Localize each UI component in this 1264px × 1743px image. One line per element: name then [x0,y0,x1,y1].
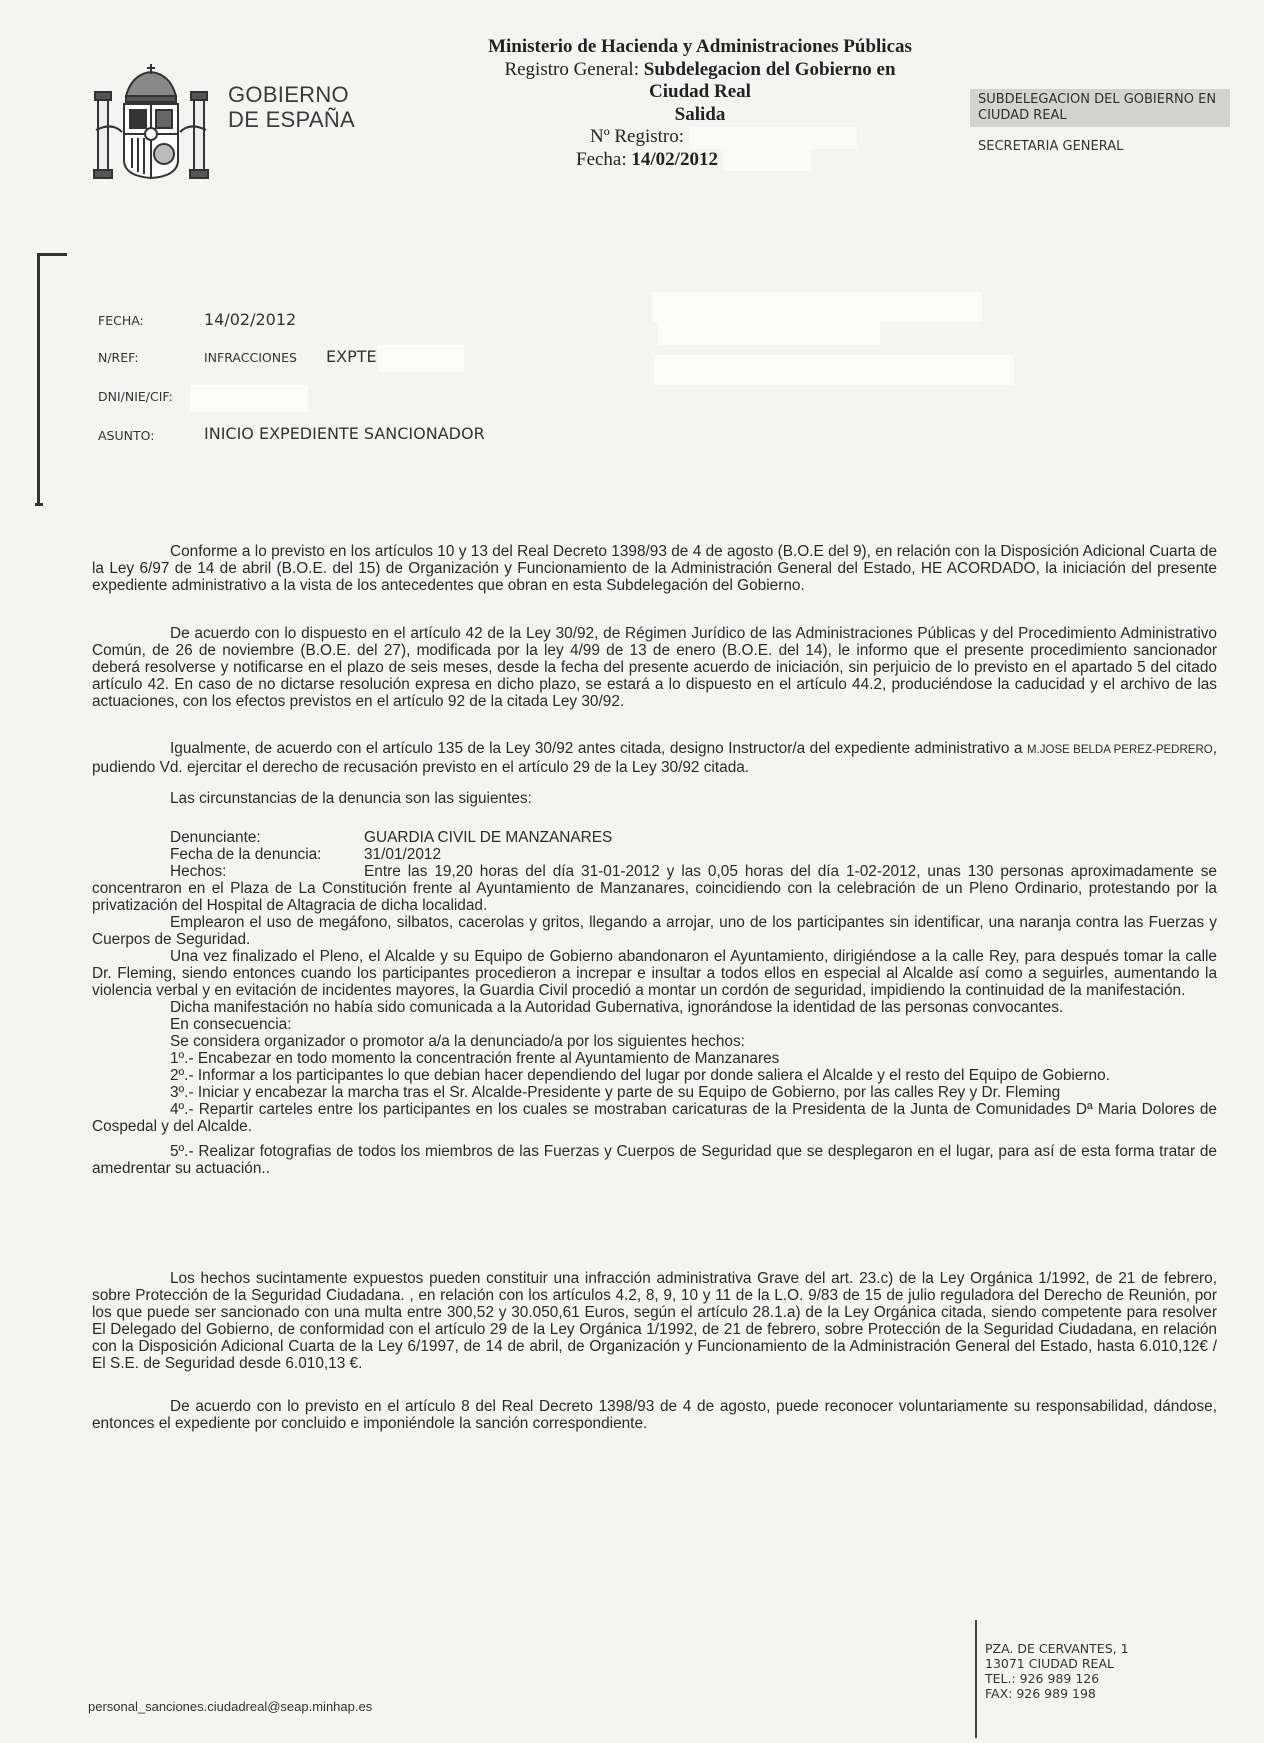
redacted-registry-number [689,127,857,149]
redacted-recipient-city [654,355,1014,385]
paragraph-deadline: De acuerdo con lo dispuesto en el artícu… [92,625,1217,710]
paragraph-circumstances: Las circunstancias de la denuncia son la… [92,790,1217,807]
registry-date-label: Fecha: [576,149,627,170]
organizer-statement: Se considera organizador o promotor a/a … [92,1033,1217,1050]
facts-paragraph: Dicha manifestación no había sido comuni… [92,999,1217,1016]
registry-date: 14/02/2012 [631,149,718,170]
instructor-name: M.JOSE BELDA PEREZ-PEDRERO [1027,744,1213,756]
denunciante-value: GUARDIA CIVIL DE MANZANARES [364,829,612,846]
contact-email[interactable]: personal_sanciones.ciudadreal@seap.minha… [88,1699,372,1714]
registry-office-city: Ciudad Real [649,81,751,102]
facts-text: Entre las 19,20 horas del día 31-01-2012… [92,863,1217,1177]
ministry-name: Ministerio de Hacienda y Administracione… [488,36,912,57]
phone-number: TEL.: 926 989 126 [985,1671,1129,1686]
fact-item: 5º.- Realizar fotografias de todos los m… [92,1143,1217,1177]
facts-paragraph: Entre las 19,20 horas del día 31-01-2012… [92,863,1217,914]
facts-paragraph: Una vez finalizado el Pleno, el Alcalde … [92,948,1217,999]
redacted-registry-time [723,149,811,171]
expte-label: EXPTE. [326,347,382,366]
redacted-dni [190,385,308,412]
fact-item: 1º.- Encabezar en todo momento la concen… [92,1050,1217,1067]
paragraph-instructor: Igualmente, de acuerdo con el artículo 1… [92,740,1217,776]
redacted-recipient-name [652,292,982,322]
registry-block: Ministerio de Hacienda y Administracione… [440,36,960,171]
address-line2: 13071 CIUDAD REAL [985,1656,1129,1671]
office-stamp-text: SUBDELEGACION DEL GOBIERNO EN CIUDAD REA… [978,92,1216,124]
denunciante-label: Denunciante: [92,829,364,846]
office-address: PZA. DE CERVANTES, 1 13071 CIUDAD REAL T… [985,1641,1129,1701]
government-name: GOBIERNO DE ESPAÑA [228,82,355,132]
redacted-recipient-address [658,320,880,345]
paragraph-infraction: Los hechos sucintamente expuestos pueden… [92,1270,1217,1372]
redacted-expte-number [378,345,464,372]
fecha-denuncia-value: 31/01/2012 [364,846,441,863]
address-line1: PZA. DE CERVANTES, 1 [985,1641,1129,1656]
consequence-heading: En consecuencia: [92,1016,1217,1033]
paragraph-legal-basis: Conforme a lo previsto en los artículos … [92,543,1217,594]
fact-item: 4º.- Repartir carteles entre los partici… [92,1101,1217,1135]
fax-number: FAX: 926 989 198 [985,1686,1129,1701]
fact-item: 3º.- Iniciar y encabezar la marcha tras … [92,1084,1217,1101]
stamp-line1: SUBDELEGACION DEL GOBIERNO EN [978,92,1216,108]
fecha-denuncia-label: Fecha de la denuncia: [92,846,364,863]
paragraph-text: Conforme a lo previsto en los artículos … [92,543,1217,594]
fact-item: 2º.- Informar a los participantes lo que… [92,1067,1217,1084]
paragraph-text: Las circunstancias de la denuncia son la… [92,790,1217,807]
registry-label: Registro General: [504,59,639,80]
dni-label: DNI/NIE/CIF: [98,389,173,404]
nref-label: N/REF: [98,350,139,365]
asunto-label: ASUNTO: [98,428,154,443]
facts-paragraph: Emplearon el uso de megáfono, silbatos, … [92,914,1217,948]
stamp-line2: CIUDAD REAL [978,108,1216,124]
paragraph-text: Igualmente, de acuerdo con el artículo 1… [170,740,1022,757]
coat-of-arms-icon [92,60,210,182]
nref-value: INFRACCIONES [204,350,297,365]
asunto-value: INICIO EXPEDIENTE SANCIONADOR [204,424,485,443]
paragraph-text: De acuerdo con lo dispuesto en el artícu… [92,625,1217,710]
footer-divider [975,1620,977,1738]
government-name-line1: GOBIERNO [228,82,355,107]
paragraph-text: De acuerdo con lo previsto en el artícul… [92,1398,1217,1432]
address-bracket [37,253,40,505]
government-name-line2: DE ESPAÑA [228,107,355,132]
department-name: SECRETARIA GENERAL [978,139,1123,154]
address-bracket-bottom [35,503,43,506]
paragraph-text: Los hechos sucintamente expuestos pueden… [92,1270,1217,1372]
paragraph-voluntary: De acuerdo con lo previsto en el artícul… [92,1398,1217,1432]
registry-number-label: Nº Registro: [590,126,684,147]
address-bracket-top [37,253,67,256]
fecha-value: 14/02/2012 [204,310,296,329]
fecha-label: FECHA: [98,313,144,328]
registry-type: Salida [675,104,726,125]
registry-office: Subdelegacion del Gobierno en [644,59,896,80]
